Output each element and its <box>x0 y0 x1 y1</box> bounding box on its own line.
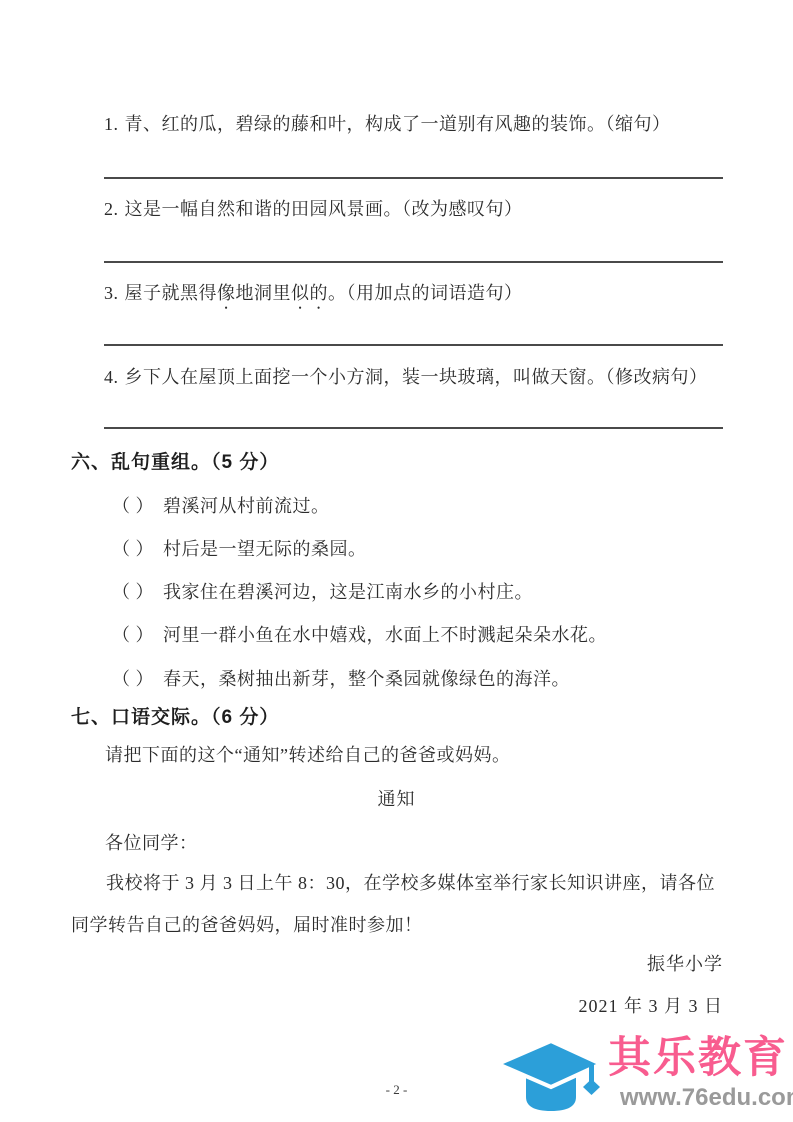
section-6-title: 六、乱句重组。（5 分） <box>71 447 279 474</box>
question-2: 2.这是一幅自然和谐的田园风景画。（改为感叹句） <box>104 195 523 221</box>
reorder-item-5: （ ）春天，桑树抽出新芽，整个桑园就像绿色的海洋。 <box>112 665 570 691</box>
reorder-item-5-text: 春天，桑树抽出新芽，整个桑园就像绿色的海洋。 <box>163 669 570 689</box>
question-3-number: 3. <box>104 283 119 303</box>
question-3-text: 屋子就黑得像地洞里似的。（用加点的词语造句） <box>125 283 523 303</box>
question-3: 3.屋子就黑得像地洞里似的。（用加点的词语造句） <box>104 279 523 313</box>
question-3-text-plain: 。（用加点的词语造句） <box>328 283 523 303</box>
answer-bracket: （ ） <box>112 496 154 516</box>
section-7-title: 七、口语交际。（6 分） <box>71 702 279 729</box>
notice-salutation: 各位同学： <box>105 829 198 855</box>
answer-line-4 <box>104 427 723 429</box>
question-3-emphasized-word: 似的 <box>291 283 328 303</box>
brand-url: www.76edu.com <box>620 1086 793 1110</box>
question-1-number: 1. <box>104 114 119 134</box>
question-1-text: 青、红的瓜，碧绿的藤和叶，构成了一道别有风趣的装饰。（缩句） <box>125 114 671 134</box>
answer-bracket: （ ） <box>112 582 154 602</box>
logo: 其乐教育 www.76edu.com <box>494 1035 793 1117</box>
reorder-item-4: （ ）河里一群小鱼在水中嬉戏，水面上不时溅起朵朵水花。 <box>112 621 607 647</box>
reorder-item-2: （ ）村后是一望无际的桑园。 <box>112 535 367 561</box>
answer-bracket: （ ） <box>112 625 154 645</box>
question-3-text-plain: 地洞里 <box>236 283 292 303</box>
reorder-item-4-text: 河里一群小鱼在水中嬉戏，水面上不时溅起朵朵水花。 <box>163 625 607 645</box>
reorder-item-1: （ ）碧溪河从村前流过。 <box>112 492 330 518</box>
reorder-item-2-text: 村后是一望无际的桑园。 <box>163 539 367 559</box>
graduation-cap-icon <box>494 1035 604 1117</box>
section-7-prompt: 请把下面的这个“通知”转述给自己的爸爸或妈妈。 <box>105 741 510 767</box>
question-4-text: 乡下人在屋顶上面挖一个小方洞，装一块玻璃，叫做天窗。（修改病句） <box>125 367 708 387</box>
notice-title: 通知 <box>0 785 793 811</box>
answer-line-1 <box>104 177 723 179</box>
question-1: 1.青、红的瓜，碧绿的藤和叶，构成了一道别有风趣的装饰。（缩句） <box>104 110 671 136</box>
notice-date: 2021 年 3 月 3 日 <box>579 992 724 1018</box>
question-4-number: 4. <box>104 367 119 387</box>
notice-body-line-1: 我校将于 3 月 3 日上午 8：30，在学校多媒体室举行家长知识讲座，请各位 <box>106 869 715 895</box>
question-4: 4.乡下人在屋顶上面挖一个小方洞，装一块玻璃，叫做天窗。（修改病句） <box>104 363 708 389</box>
question-3-emphasized-word: 像 <box>217 283 236 303</box>
notice-body-line-2: 同学转告自己的爸爸妈妈，届时准时参加！ <box>71 911 423 937</box>
answer-bracket: （ ） <box>112 539 154 559</box>
answer-line-2 <box>104 261 723 263</box>
answer-bracket: （ ） <box>112 669 154 689</box>
reorder-item-3-text: 我家住在碧溪河边，这是江南水乡的小村庄。 <box>163 582 533 602</box>
brand-name: 其乐教育 <box>608 1037 788 1080</box>
notice-signer: 振华小学 <box>647 950 723 976</box>
question-3-text-plain: 屋子就黑得 <box>125 283 218 303</box>
reorder-item-1-text: 碧溪河从村前流过。 <box>163 496 330 516</box>
exam-page: 1.青、红的瓜，碧绿的藤和叶，构成了一道别有风趣的装饰。（缩句） 2.这是一幅自… <box>0 0 793 1122</box>
question-2-number: 2. <box>104 199 119 219</box>
answer-line-3 <box>104 344 723 346</box>
question-2-text: 这是一幅自然和谐的田园风景画。（改为感叹句） <box>125 199 523 219</box>
reorder-item-3: （ ）我家住在碧溪河边，这是江南水乡的小村庄。 <box>112 578 533 604</box>
